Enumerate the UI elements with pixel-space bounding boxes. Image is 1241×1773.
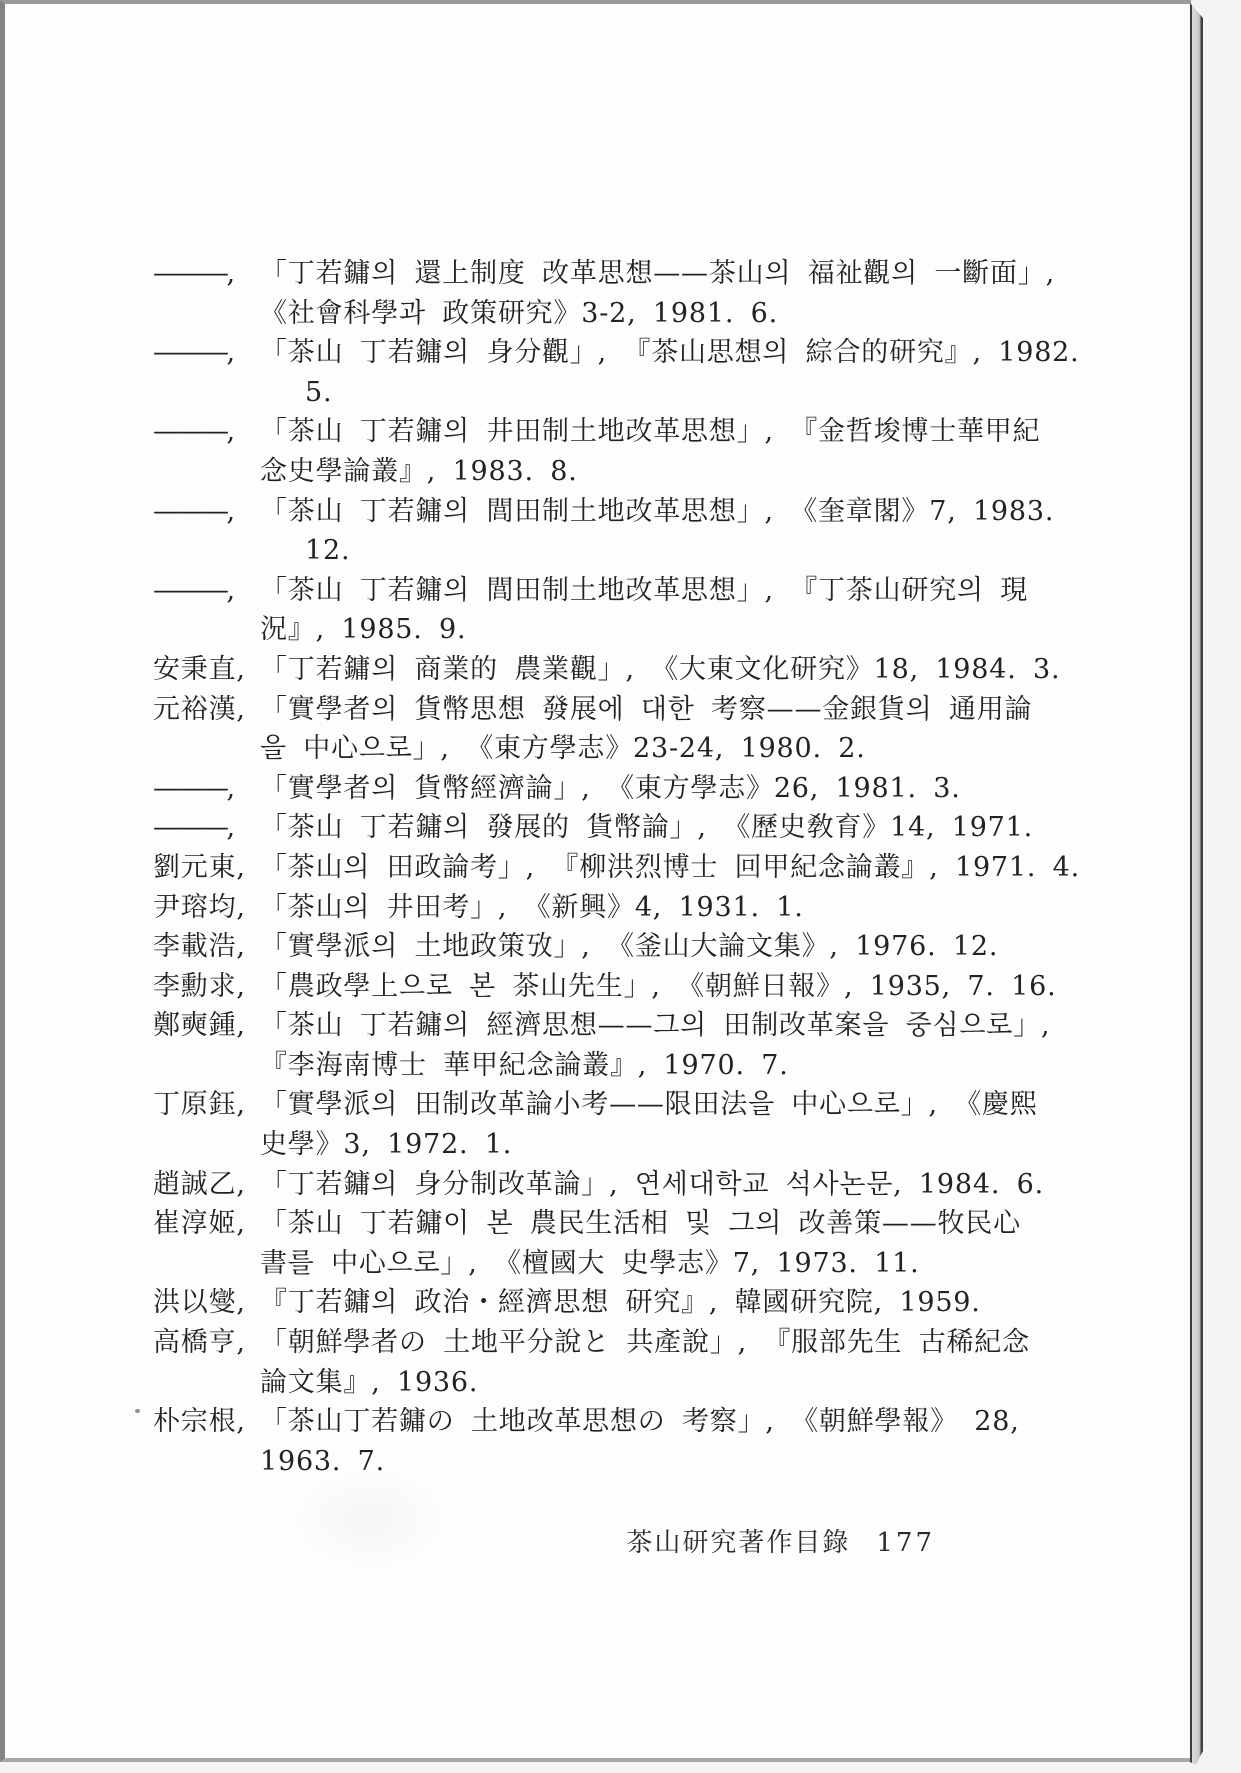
- entry-text: 「茶山 丁若鏞의 發展的 貨幣論」, 《歷史敎育》14, 1971.: [260, 812, 1033, 843]
- author-name: 李勳求,: [153, 967, 260, 1007]
- bib-line: 을 中心으로」, 《東方學志》23-24, 1980. 2.: [153, 729, 1083, 769]
- bib-entry: ———,「茶山 丁若鏞의 井田制土地改革思想」, 『金哲埈博士華甲紀念史學論叢』…: [153, 412, 1083, 491]
- author-name: 劉元東,: [153, 848, 260, 888]
- entry-text: 「茶山 丁若鏞의 身分觀」, 『茶山思想의 綜合的研究』, 1982.: [260, 337, 1080, 368]
- bib-line: ———,「茶山 丁若鏞의 閭田制土地改革思想」, 『丁茶山研究의 現: [153, 571, 1083, 611]
- bib-line: 12.: [153, 531, 1083, 571]
- bib-entry: 李載浩,「實學派의 土地政策攷」, 《釜山大論文集》, 1976. 12.: [153, 927, 1083, 967]
- bib-line: 安秉直,「丁若鏞의 商業的 農業觀」, 《大東文化研究》18, 1984. 3.: [153, 650, 1083, 690]
- bib-entry: ———,「丁若鏞의 還上制度 改革思想——茶山의 福祉觀의 一斷面」,《社會科學…: [153, 254, 1083, 333]
- entry-text: 「實學派의 土地政策攷」, 《釜山大論文集》, 1976. 12.: [260, 931, 998, 962]
- same-author-dash: ———,: [153, 571, 260, 611]
- bib-line: 崔淳姬,「茶山 丁若鏞이 본 農民生活相 및 그의 改善策——牧民心: [153, 1204, 1083, 1244]
- bib-entry: ———,「茶山 丁若鏞의 發展的 貨幣論」, 《歷史敎育》14, 1971.: [153, 808, 1083, 848]
- entry-text: 「茶山 丁若鏞의 閭田制土地改革思想」, 《奎章閣》7, 1983.: [260, 496, 1054, 527]
- bib-entry: 鄭奭鍾,「茶山 丁若鏞의 經濟思想——그의 田制改革案을 중심으로」,『李海南博…: [153, 1006, 1083, 1085]
- running-title: 茶山研究著作目錄: [626, 1528, 850, 1558]
- scanned-book-page: ———,「丁若鏞의 還上制度 改革思想——茶山의 福祉觀의 一斷面」,《社會科學…: [0, 0, 1241, 1773]
- author-name: 鄭奭鍾,: [153, 1006, 260, 1046]
- bib-line: 論文集』, 1936.: [153, 1363, 1083, 1403]
- bib-entry: 李勳求,「農政學上으로 본 茶山先生」, 《朝鮮日報》, 1935, 7. 16…: [153, 967, 1083, 1007]
- same-author-dash: ———,: [153, 412, 260, 452]
- entry-text: 「茶山丁若鏞の 土地改革思想の 考察」, 《朝鮮學報》 28,: [260, 1406, 1020, 1437]
- bib-line: ———,「茶山 丁若鏞의 閭田制土地改革思想」, 《奎章閣》7, 1983.: [153, 492, 1083, 532]
- bib-entry: 安秉直,「丁若鏞의 商業的 農業觀」, 《大東文化研究》18, 1984. 3.: [153, 650, 1083, 690]
- entry-text: 「茶山 丁若鏞이 본 農民生活相 및 그의 改善策——牧民心: [260, 1208, 1021, 1239]
- bib-line: ———,「茶山 丁若鏞의 身分觀」, 『茶山思想의 綜合的研究』, 1982.: [153, 333, 1083, 373]
- bibliography-list: ———,「丁若鏞의 還上制度 改革思想——茶山의 福祉觀의 一斷面」,《社會科學…: [153, 254, 1083, 1481]
- bib-entry: ———,「茶山 丁若鏞의 閭田制土地改革思想」, 《奎章閣》7, 1983.12…: [153, 492, 1083, 571]
- bib-line: 朴宗根,「茶山丁若鏞の 土地改革思想の 考察」, 《朝鮮學報》 28,: [153, 1402, 1083, 1442]
- bib-line: 洪以燮,『丁若鏞의 政治・經濟思想 研究』, 韓國研究院, 1959.: [153, 1283, 1083, 1323]
- author-name: 趙誠乙,: [153, 1165, 260, 1205]
- entry-text: 「農政學上으로 본 茶山先生」, 《朝鮮日報》, 1935, 7. 16.: [260, 971, 1057, 1002]
- bib-entry: 劉元東,「茶山의 田政論考」, 『柳洪烈博士 回甲紀念論叢』, 1971. 4.: [153, 848, 1083, 888]
- bib-line: 念史學論叢』, 1983. 8.: [153, 452, 1083, 492]
- entry-text: 「丁若鏞의 商業的 農業觀」, 《大東文化研究》18, 1984. 3.: [260, 654, 1060, 685]
- author-name: 尹瑢均,: [153, 888, 260, 928]
- author-name: 元裕漢,: [153, 690, 260, 730]
- entry-text: 「茶山 丁若鏞의 閭田制土地改革思想」, 『丁茶山研究의 現: [260, 575, 1028, 606]
- bib-entry: 崔淳姬,「茶山 丁若鏞이 본 農民生活相 및 그의 改善策——牧民心書를 中心으…: [153, 1204, 1083, 1283]
- bib-line: 《社會科學과 政策研究》3-2, 1981. 6.: [153, 294, 1083, 334]
- entry-text: 『丁若鏞의 政治・經濟思想 研究』, 韓國研究院, 1959.: [260, 1287, 981, 1318]
- bib-line: 況』, 1985. 9.: [153, 610, 1083, 650]
- bib-line: 史學》3, 1972. 1.: [153, 1125, 1083, 1165]
- bib-entry: ———,「茶山 丁若鏞의 身分觀」, 『茶山思想의 綜合的研究』, 1982.5…: [153, 333, 1083, 412]
- entry-text: 「丁若鏞의 身分制改革論」, 연세대학교 석사논문, 1984. 6.: [260, 1169, 1044, 1200]
- bib-line: 鄭奭鍾,「茶山 丁若鏞의 經濟思想——그의 田制改革案을 중심으로」,: [153, 1006, 1083, 1046]
- same-author-dash: ———,: [153, 769, 260, 809]
- scan-smudge: [295, 1469, 445, 1569]
- entry-text: 「丁若鏞의 還上制度 改革思想——茶山의 福祉觀의 一斷面」,: [260, 258, 1055, 289]
- author-name: 崔淳姬,: [153, 1204, 260, 1244]
- author-name: 洪以燮,: [153, 1283, 260, 1323]
- author-name: 李載浩,: [153, 927, 260, 967]
- page-footer: 茶山研究著作目錄177: [153, 1522, 935, 1559]
- bib-line: 元裕漢,「實學者의 貨幣思想 發展에 대한 考察——金銀貨의 通用論: [153, 690, 1083, 730]
- entry-text: 「茶山의 田政論考」, 『柳洪烈博士 回甲紀念論叢』, 1971. 4.: [260, 852, 1080, 883]
- bib-line: ———,「茶山 丁若鏞의 發展的 貨幣論」, 《歷史敎育》14, 1971.: [153, 808, 1083, 848]
- bib-entry: 尹瑢均,「茶山의 井田考」, 《新興》4, 1931. 1.: [153, 888, 1083, 928]
- author-name: 高橋亨,: [153, 1323, 260, 1363]
- bib-entry: 丁原鈺,「實學派의 田制改革論小考——限田法을 中心으로」, 《慶熙史學》3, …: [153, 1085, 1083, 1164]
- entry-text: 「實學派의 田制改革論小考——限田法을 中心으로」, 《慶熙: [260, 1089, 1038, 1120]
- entry-text: 「實學者의 貨幣思想 發展에 대한 考察——金銀貨의 通用論: [260, 694, 1032, 725]
- entry-text: 「朝鮮學者の 土地平分說と 共產說」, 『服部先生 古稀紀念: [260, 1327, 1030, 1358]
- entry-text: 「茶山 丁若鏞의 經濟思想——그의 田制改革案을 중심으로」,: [260, 1010, 1050, 1041]
- bib-line: ———,「丁若鏞의 還上制度 改革思想——茶山의 福祉觀의 一斷面」,: [153, 254, 1083, 294]
- bib-entry: 朴宗根,「茶山丁若鏞の 土地改革思想の 考察」, 《朝鮮學報》 28,1963.…: [153, 1402, 1083, 1481]
- author-name: 安秉直,: [153, 650, 260, 690]
- bib-entry: ———,「實學者의 貨幣經濟論」, 《東方學志》26, 1981. 3.: [153, 769, 1083, 809]
- bib-line: 5.: [153, 373, 1083, 413]
- entry-text: 「茶山의 井田考」, 《新興》4, 1931. 1.: [260, 892, 804, 923]
- entry-text: 「實學者의 貨幣經濟論」, 《東方學志》26, 1981. 3.: [260, 773, 961, 804]
- bib-entry: 洪以燮,『丁若鏞의 政治・經濟思想 研究』, 韓國研究院, 1959.: [153, 1283, 1083, 1323]
- same-author-dash: ———,: [153, 254, 260, 294]
- page-thickness-edge: [1190, 3, 1203, 1765]
- paper-sheet: ———,「丁若鏞의 還上制度 改革思想——茶山의 福祉觀의 一斷面」,《社會科學…: [0, 0, 1191, 1762]
- bib-line: 丁原鈺,「實學派의 田制改革論小考——限田法을 中心으로」, 《慶熙: [153, 1085, 1083, 1125]
- author-name: 丁原鈺,: [153, 1085, 260, 1125]
- bib-line: 『李海南博士 華甲紀念論叢』, 1970. 7.: [153, 1046, 1083, 1086]
- bib-line: ———,「茶山 丁若鏞의 井田制土地改革思想」, 『金哲埈博士華甲紀: [153, 412, 1083, 452]
- bib-line: 書를 中心으로」, 《檀國大 史學志》7, 1973. 11.: [153, 1244, 1083, 1284]
- bib-line: 高橋亨,「朝鮮學者の 土地平分說と 共產說」, 『服部先生 古稀紀念: [153, 1323, 1083, 1363]
- bib-line: 李勳求,「農政學上으로 본 茶山先生」, 《朝鮮日報》, 1935, 7. 16…: [153, 967, 1083, 1007]
- bib-line: 李載浩,「實學派의 土地政策攷」, 《釜山大論文集》, 1976. 12.: [153, 927, 1083, 967]
- bib-line: 趙誠乙,「丁若鏞의 身分制改革論」, 연세대학교 석사논문, 1984. 6.: [153, 1165, 1083, 1205]
- same-author-dash: ———,: [153, 492, 260, 532]
- same-author-dash: ———,: [153, 808, 260, 848]
- bib-entry: 趙誠乙,「丁若鏞의 身分制改革論」, 연세대학교 석사논문, 1984. 6.: [153, 1165, 1083, 1205]
- bib-line: 尹瑢均,「茶山의 井田考」, 《新興》4, 1931. 1.: [153, 888, 1083, 928]
- scan-speck: [135, 1409, 140, 1413]
- bib-entry: 元裕漢,「實學者의 貨幣思想 發展에 대한 考察——金銀貨의 通用論을 中心으로…: [153, 690, 1083, 769]
- bib-line: 劉元東,「茶山의 田政論考」, 『柳洪烈博士 回甲紀念論叢』, 1971. 4.: [153, 848, 1083, 888]
- entry-text: 「茶山 丁若鏞의 井田制土地改革思想」, 『金哲埈博士華甲紀: [260, 416, 1040, 447]
- page-number: 177: [876, 1528, 935, 1558]
- author-name: 朴宗根,: [153, 1402, 260, 1442]
- bib-entry: 高橋亨,「朝鮮學者の 土地平分說と 共產說」, 『服部先生 古稀紀念論文集』, …: [153, 1323, 1083, 1402]
- same-author-dash: ———,: [153, 333, 260, 373]
- bib-line: ———,「實學者의 貨幣經濟論」, 《東方學志》26, 1981. 3.: [153, 769, 1083, 809]
- bib-entry: ———,「茶山 丁若鏞의 閭田制土地改革思想」, 『丁茶山研究의 現況』, 19…: [153, 571, 1083, 650]
- bib-line: 1963. 7.: [153, 1442, 1083, 1482]
